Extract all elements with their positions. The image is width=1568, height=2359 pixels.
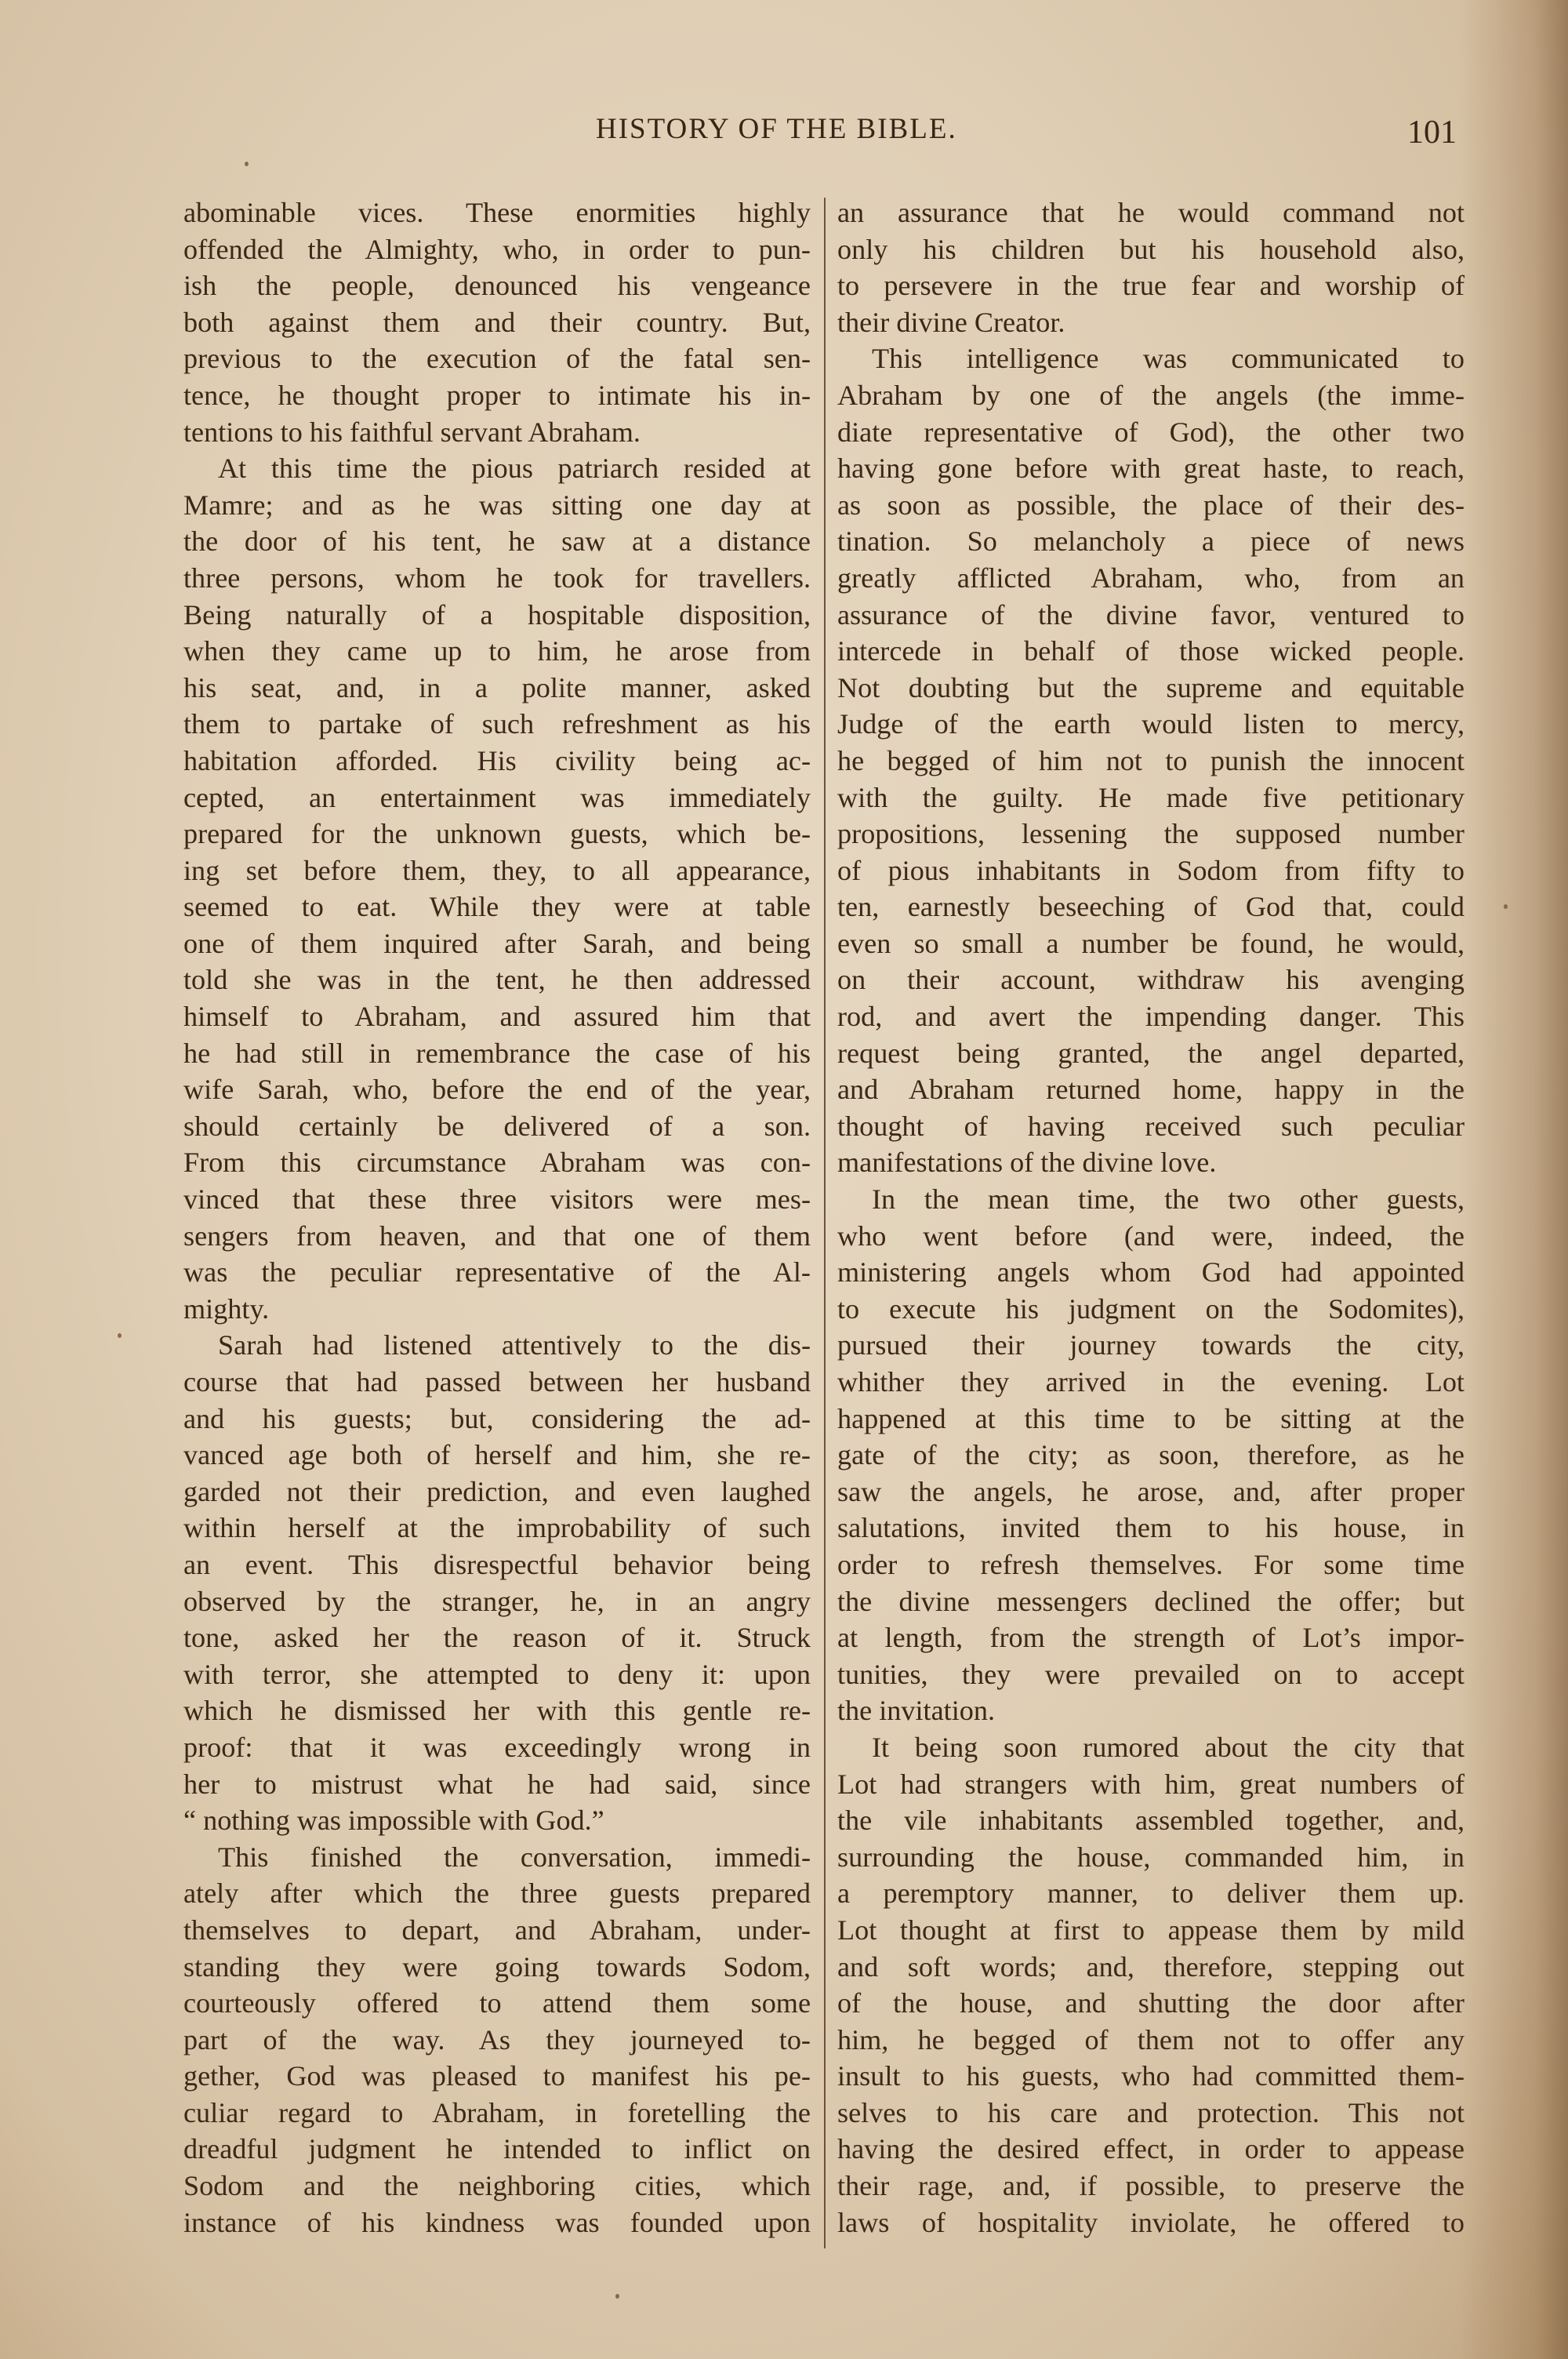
text-line: request being granted, the angel departe… (837, 1035, 1465, 1072)
text-line: an event. This disrespectful behavior be… (183, 1547, 811, 1583)
text-line: when they came up to him, he arose from (183, 633, 811, 670)
text-line: wife Sarah, who, before the end of the y… (183, 1071, 811, 1108)
text-line: sengers from heaven, and that one of the… (183, 1218, 811, 1255)
text-line: manifestations of the divine love. (837, 1144, 1465, 1181)
text-line: at length, from the strength of Lot’s im… (837, 1619, 1465, 1656)
text-line: and his guests; but, considering the ad- (183, 1401, 811, 1438)
page-number: 101 (1407, 114, 1457, 151)
text-line: happened at this time to be sitting at t… (837, 1401, 1465, 1438)
text-line: whither they arrived in the evening. Lot (837, 1364, 1465, 1401)
text-line: instance of his kindness was founded upo… (183, 2205, 811, 2241)
text-line: mighty. (183, 1291, 811, 1328)
text-line: ministering angels whom God had appointe… (837, 1254, 1465, 1291)
text-line: within herself at the improbability of s… (183, 1510, 811, 1547)
text-line: Judge of the earth would listen to mercy… (837, 706, 1465, 743)
text-line: Not doubting but the supreme and equitab… (837, 670, 1465, 707)
text-line: diate representative of God), the other … (837, 414, 1465, 451)
text-line: Lot thought at first to appease them by … (837, 1912, 1465, 1949)
text-line: Lot had strangers with him, great number… (837, 1766, 1465, 1803)
paper-speck-icon (615, 2294, 619, 2299)
text-line: of pious inhabitants in Sodom from fifty… (837, 852, 1465, 889)
left-column: abominable vices. These enormities highl… (183, 194, 811, 2241)
text-line: to execute his judgment on the Sodomites… (837, 1291, 1465, 1328)
text-line: ten, earnestly beseeching of God that, c… (837, 889, 1465, 925)
text-line: garded not their prediction, and even la… (183, 1474, 811, 1510)
text-line: selves to his care and protection. This … (837, 2095, 1465, 2132)
text-line: part of the way. As they journeyed to- (183, 2022, 811, 2059)
text-line: previous to the execution of the fatal s… (183, 340, 811, 377)
text-line: having the desired effect, in order to a… (837, 2131, 1465, 2168)
text-line: prepared for the unknown guests, which b… (183, 816, 811, 852)
text-line: their rage, and, if possible, to preserv… (837, 2168, 1465, 2205)
text-line: with terror, she attempted to deny it: u… (183, 1656, 811, 1693)
text-line: In the mean time, the two other guests, (837, 1181, 1465, 1218)
text-line: the vile inhabitants assembled together,… (837, 1802, 1465, 1839)
text-line: surrounding the house, commanded him, in (837, 1839, 1465, 1876)
text-line: gether, God was pleased to manifest his … (183, 2058, 811, 2095)
text-line: Being naturally of a hospitable disposit… (183, 597, 811, 634)
column-divider (824, 198, 826, 2248)
text-line: ish the people, denounced his vengeance (183, 267, 811, 304)
right-column: an assurance that he would command noton… (837, 194, 1465, 2241)
text-line: saw the angels, he arose, and, after pro… (837, 1474, 1465, 1510)
text-line: dreadful judgment he intended to inflict… (183, 2131, 811, 2168)
text-line: who went before (and were, indeed, the (837, 1218, 1465, 1255)
text-line: insult to his guests, who had committed … (837, 2058, 1465, 2095)
text-line: intercede in behalf of those wicked peop… (837, 633, 1465, 670)
text-line: pursued their journey towards the city, (837, 1327, 1465, 1364)
text-line: It being soon rumored about the city tha… (837, 1729, 1465, 1766)
text-line: order to refresh themselves. For some ti… (837, 1547, 1465, 1583)
text-line: and soft words; and, therefore, stepping… (837, 1949, 1465, 1986)
text-line: ately after which the three guests prepa… (183, 1875, 811, 1912)
text-line: as soon as possible, the place of their … (837, 487, 1465, 524)
text-line: him, he begged of them not to offer any (837, 2022, 1465, 2059)
text-line: offended the Almighty, who, in order to … (183, 231, 811, 268)
text-line: thought of having received such peculiar (837, 1108, 1465, 1145)
text-line: the door of his tent, he saw at a distan… (183, 523, 811, 560)
running-title: HISTORY OF THE BIBLE. (596, 112, 957, 146)
text-line: he begged of him not to punish the innoc… (837, 743, 1465, 780)
book-page: HISTORY OF THE BIBLE. 101 abominable vic… (0, 0, 1568, 2359)
text-line: only his children but his household also… (837, 231, 1465, 268)
paper-speck-icon (118, 1333, 122, 1338)
text-line: tone, asked her the reason of it. Struck (183, 1619, 811, 1656)
text-line: to persevere in the true fear and worshi… (837, 267, 1465, 304)
text-line: themselves to depart, and Abraham, under… (183, 1912, 811, 1949)
text-line: At this time the pious patriarch resided… (183, 450, 811, 487)
text-line: his seat, and, in a polite manner, asked (183, 670, 811, 707)
text-line: on their account, withdraw his avenging (837, 961, 1465, 998)
text-line: a peremptory manner, to deliver them up. (837, 1875, 1465, 1912)
text-line: cepted, an entertainment was immediately (183, 780, 811, 816)
text-line: and Abraham returned home, happy in the (837, 1071, 1465, 1108)
text-line: even so small a number be found, he woul… (837, 925, 1465, 962)
text-line: tence, he thought proper to intimate his… (183, 377, 811, 414)
text-line: gate of the city; as soon, therefore, as… (837, 1437, 1465, 1474)
text-line: rod, and avert the impending danger. Thi… (837, 998, 1465, 1035)
text-line: greatly afflicted Abraham, who, from an (837, 560, 1465, 597)
text-line: of the house, and shutting the door afte… (837, 1985, 1465, 2022)
text-line: From this circumstance Abraham was con- (183, 1144, 811, 1181)
text-line: vanced age both of herself and him, she … (183, 1437, 811, 1474)
text-line: their divine Creator. (837, 304, 1465, 341)
text-line: them to partake of such refreshment as h… (183, 706, 811, 743)
text-line: with the guilty. He made five petitionar… (837, 780, 1465, 816)
text-line: both against them and their country. But… (183, 304, 811, 341)
text-line: laws of hospitality inviolate, he offere… (837, 2205, 1465, 2241)
text-line: Sodom and the neighboring cities, which (183, 2168, 811, 2205)
paper-speck-icon (245, 162, 249, 166)
text-line: seemed to eat. While they were at table (183, 889, 811, 925)
text-line: tentions to his faithful servant Abraham… (183, 414, 811, 451)
text-line: Mamre; and as he was sitting one day at (183, 487, 811, 524)
text-line: should certainly be delivered of a son. (183, 1108, 811, 1145)
text-line: courteously offered to attend them some (183, 1985, 811, 2022)
text-line: propositions, lessening the supposed num… (837, 816, 1465, 852)
text-line: himself to Abraham, and assured him that (183, 998, 811, 1035)
text-line: was the peculiar representative of the A… (183, 1254, 811, 1291)
text-line: her to mistrust what he had said, since (183, 1766, 811, 1803)
text-line: the invitation. (837, 1692, 1465, 1729)
text-line: told she was in the tent, he then addres… (183, 961, 811, 998)
text-line: vinced that these three visitors were me… (183, 1181, 811, 1218)
text-line: This intelligence was communicated to (837, 340, 1465, 377)
text-line: abominable vices. These enormities highl… (183, 194, 811, 231)
text-line: assurance of the divine favor, ventured … (837, 597, 1465, 634)
text-line: having gone before with great haste, to … (837, 450, 1465, 487)
text-line: This finished the conversation, immedi- (183, 1839, 811, 1876)
text-line: “ nothing was impossible with God.” (183, 1802, 811, 1839)
text-line: an assurance that he would command not (837, 194, 1465, 231)
text-line: salutations, invited them to his house, … (837, 1510, 1465, 1547)
text-line: tination. So melancholy a piece of news (837, 523, 1465, 560)
text-line: culiar regard to Abraham, in foretelling… (183, 2095, 811, 2132)
text-line: observed by the stranger, he, in an angr… (183, 1583, 811, 1620)
paper-speck-icon (1504, 904, 1508, 909)
text-line: which he dismissed her with this gentle … (183, 1692, 811, 1729)
text-line: course that had passed between her husba… (183, 1364, 811, 1401)
text-line: the divine messengers declined the offer… (837, 1583, 1465, 1620)
text-line: he had still in remembrance the case of … (183, 1035, 811, 1072)
text-line: one of them inquired after Sarah, and be… (183, 925, 811, 962)
text-line: habitation afforded. His civility being … (183, 743, 811, 780)
text-line: proof: that it was exceedingly wrong in (183, 1729, 811, 1766)
text-line: tunities, they were prevailed on to acce… (837, 1656, 1465, 1693)
text-line: Sarah had listened attentively to the di… (183, 1327, 811, 1364)
text-line: three persons, whom he took for travelle… (183, 560, 811, 597)
text-line: standing they were going towards Sodom, (183, 1949, 811, 1986)
text-line: Abraham by one of the angels (the imme- (837, 377, 1465, 414)
text-line: ing set before them, they, to all appear… (183, 852, 811, 889)
